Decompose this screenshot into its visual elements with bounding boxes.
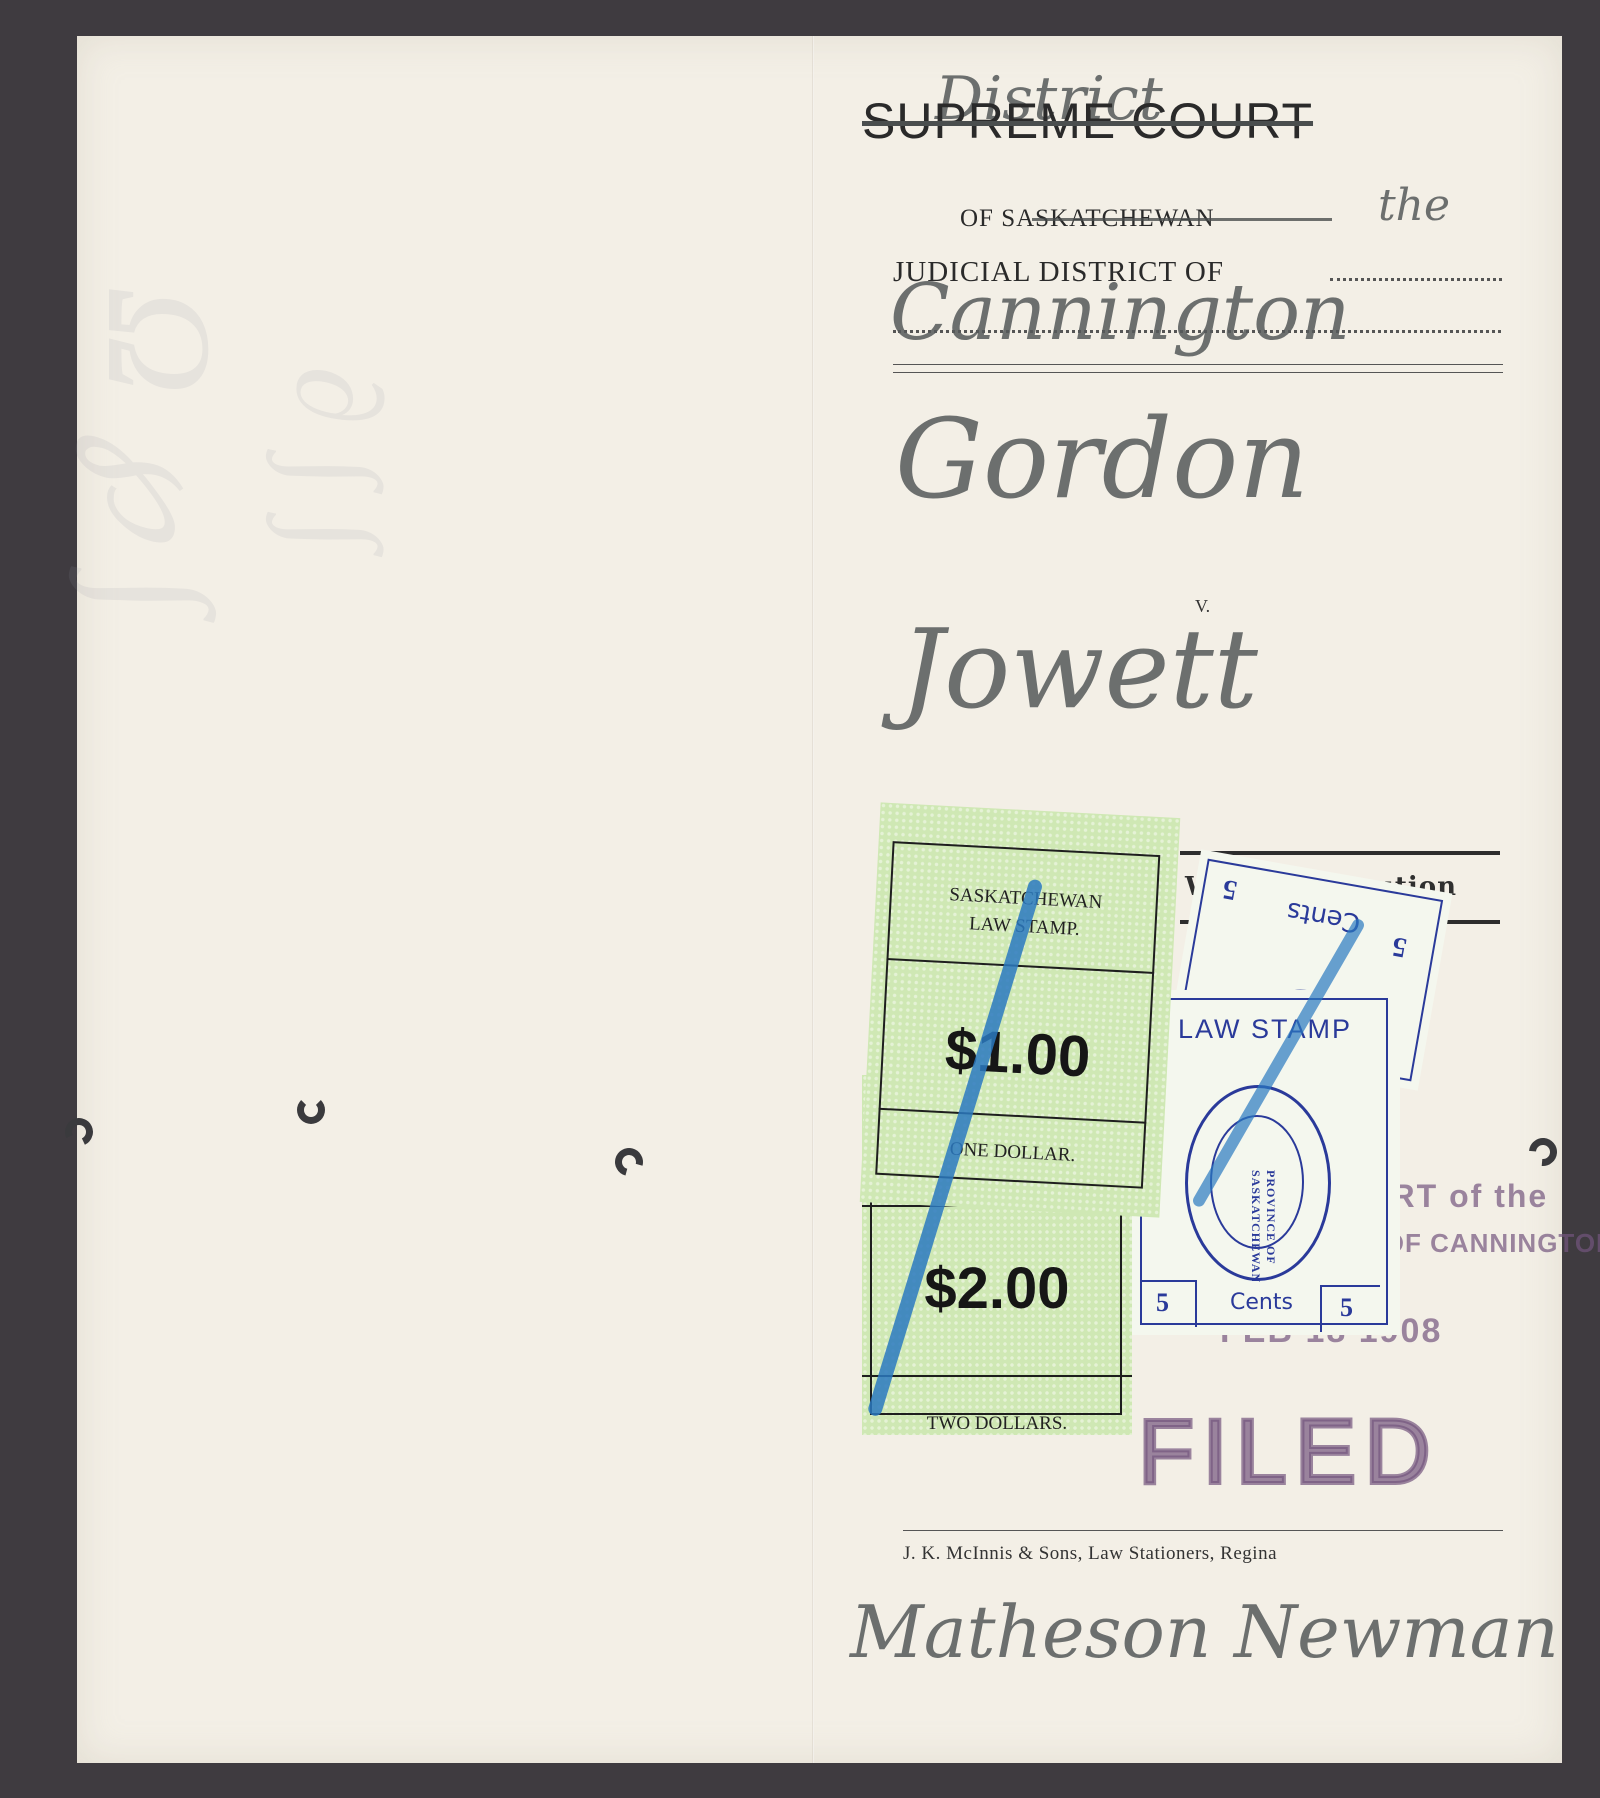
punch-hole [610, 1143, 648, 1181]
court-title-struck: SUPREME COURT [862, 93, 1313, 149]
stamp-denomination: Cents [1230, 1290, 1293, 1315]
handwritten-insert: the [1378, 180, 1450, 231]
fold-crease [812, 36, 814, 1763]
stamp-value-words: TWO DOLLARS. [862, 1413, 1132, 1435]
plaintiff-name: Gordon [895, 395, 1309, 523]
bleed-through-text: Ω ℘ ∫ [73, 286, 247, 615]
stamp-5-cents: LAW STAMP PROVINCE OF SASKATCHEWAN 5 Cen… [1130, 990, 1400, 1335]
bleed-through-text: ∂ ∫ ∫ [269, 366, 407, 551]
double-rule-bottom [893, 372, 1503, 373]
judicial-district-value: Cannington [890, 268, 1350, 358]
handstamp-filed: FILED [1138, 1400, 1439, 1505]
stamp-corner-value: 5 [1156, 1288, 1169, 1318]
double-rule-top [893, 364, 1503, 365]
stamp-corner-value: 5 [1340, 1293, 1353, 1323]
defendant-name: Jowett [900, 605, 1258, 733]
punch-hole [61, 1114, 97, 1150]
punch-hole [1523, 1132, 1562, 1171]
province-strikethrough [1032, 218, 1332, 221]
signature: Matheson Newman [850, 1590, 1559, 1674]
imprint-rule [903, 1530, 1503, 1531]
court-title: SUPREME COURT [862, 92, 1313, 150]
stamp-one-dollar: SASKATCHEWAN LAW STAMP. $1.00 ONE DOLLAR… [860, 802, 1181, 1217]
printer-imprint: J. K. McInnis & Sons, Law Stationers, Re… [903, 1543, 1277, 1565]
stamp-title: LAW STAMP [1130, 1014, 1400, 1045]
punch-hole [297, 1096, 325, 1124]
fill-line [1330, 278, 1502, 281]
